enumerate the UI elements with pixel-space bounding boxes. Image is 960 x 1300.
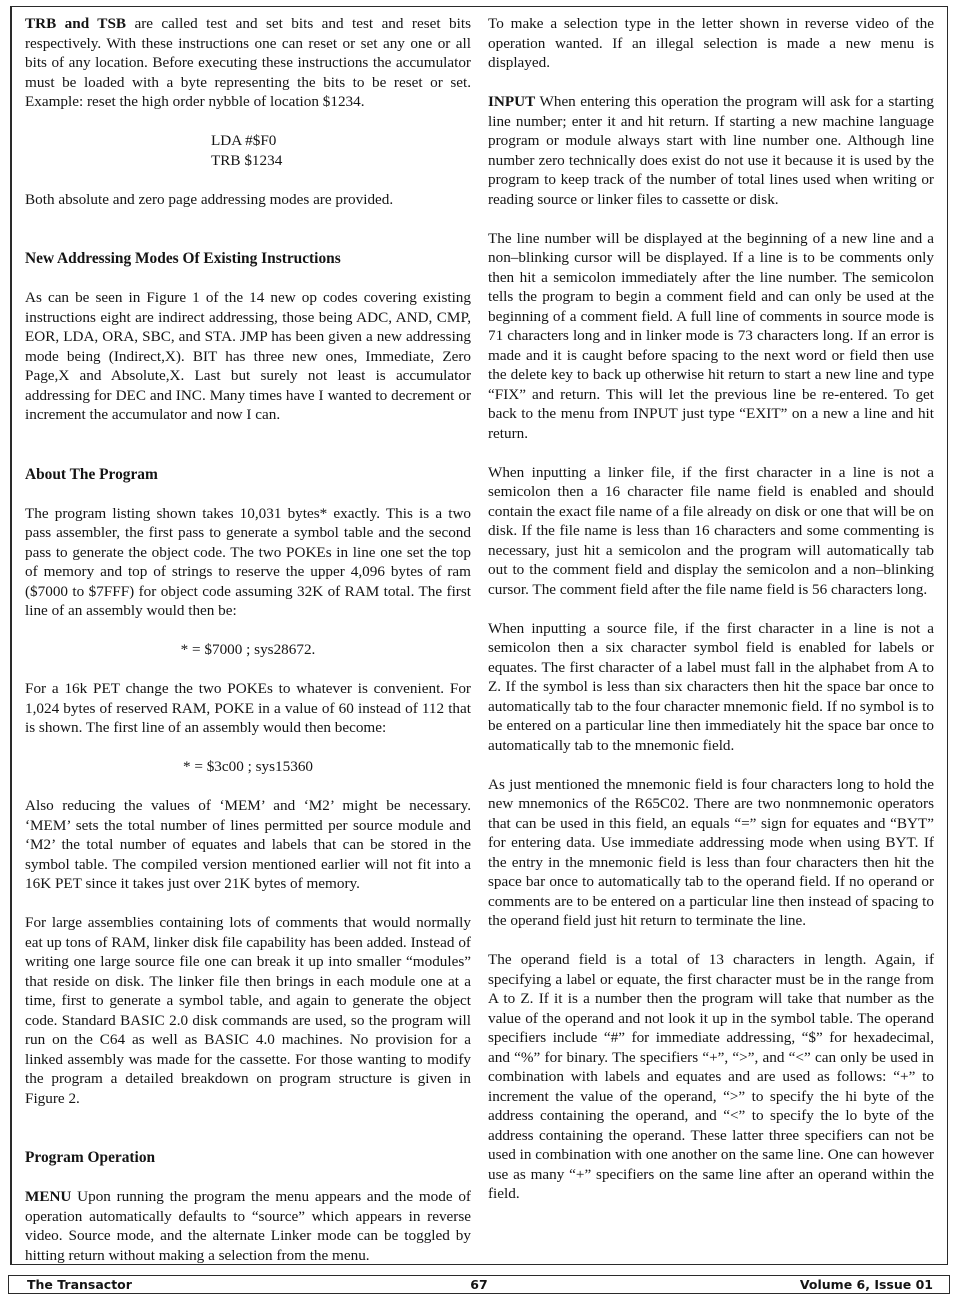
- paragraph-mem-m2: Also reducing the values of ‘MEM’ and ‘M…: [25, 796, 471, 894]
- paragraph-menu: MENU Upon running the program the menu a…: [25, 1187, 471, 1265]
- code-example-1: LDA #$F0 TRB $1234: [25, 131, 471, 170]
- code-line: LDA #$F0: [211, 131, 471, 151]
- paragraph-text: When entering this operation the program…: [488, 93, 934, 208]
- code-line: TRB $1234: [211, 151, 471, 171]
- code-example-3: * = $3c00 ; sys15360: [25, 757, 471, 777]
- lead-term-menu: MENU: [25, 1188, 71, 1205]
- code-example-2: * = $7000 ; sys28672.: [25, 640, 471, 660]
- paragraph-operand-field: The operand field is a total of 13 chara…: [488, 950, 934, 1204]
- paragraph-program-listing: The program listing shown takes 10,031 b…: [25, 504, 471, 621]
- footer-issue: Volume 6, Issue 01: [800, 1277, 933, 1293]
- paragraph-selection: To make a selection type in the letter s…: [488, 14, 934, 73]
- lead-term-input: INPUT: [488, 93, 535, 110]
- heading-program-operation: Program Operation: [25, 1148, 471, 1168]
- paragraph-input: INPUT When entering this operation the p…: [488, 92, 934, 209]
- heading-about-program: About The Program: [25, 465, 471, 485]
- paragraph-trb-tsb: TRB and TSB are called test and set bits…: [25, 14, 471, 112]
- heading-new-addressing-modes: New Addressing Modes Of Existing Instruc…: [25, 249, 471, 269]
- paragraph-text: Upon running the program the menu appear…: [25, 1188, 471, 1264]
- paragraph-mnemonic-field: As just mentioned the mnemonic field is …: [488, 775, 934, 931]
- paragraph-new-modes: As can be seen in Figure 1 of the 14 new…: [25, 288, 471, 425]
- lead-term-trb-tsb: TRB and TSB: [25, 15, 126, 32]
- right-column: To make a selection type in the letter s…: [488, 14, 934, 1204]
- left-column: TRB and TSB are called test and set bits…: [25, 14, 471, 1265]
- paragraph-linker: For large assemblies containing lots of …: [25, 913, 471, 1108]
- page-footer: The Transactor 67 Volume 6, Issue 01: [8, 1275, 950, 1294]
- paragraph-linker-file: When inputting a linker file, if the fir…: [488, 463, 934, 600]
- paragraph-line-number: The line number will be displayed at the…: [488, 229, 934, 444]
- paragraph-addressing-modes: Both absolute and zero page addressing m…: [25, 190, 471, 210]
- paragraph-16k-pet: For a 16k PET change the two POKEs to wh…: [25, 679, 471, 738]
- paragraph-source-file: When inputting a source file, if the fir…: [488, 619, 934, 756]
